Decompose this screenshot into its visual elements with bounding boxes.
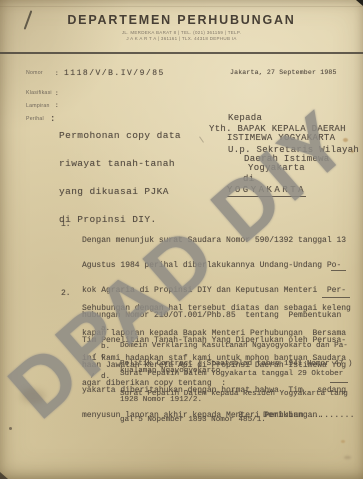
- klasifikasi-label: Klasifikasi: [26, 90, 52, 96]
- nomor-value: 1118/V/B.IV/9/85: [64, 69, 165, 78]
- smudge-stain: [20, 388, 46, 404]
- recipient-kepada: Kepada: [228, 113, 262, 123]
- ink-speck: [9, 427, 12, 430]
- typed-underline: [331, 270, 346, 271]
- place-date: Jakarta, 27 September 1985: [230, 69, 337, 76]
- item-number-1: 1.: [61, 220, 71, 229]
- paper-crease: [0, 6, 363, 7]
- pencil-tick-mark: [199, 136, 204, 142]
- letterhead-divider: [0, 52, 363, 54]
- scanned-letter-page: DEPARTEMEN PERHUBUNGAN JL. MERDEKA BARAT…: [0, 0, 363, 479]
- item-number-3: 3.: [238, 411, 248, 420]
- lampiran-colon: :: [55, 102, 59, 109]
- perihal-line: riwayat tanah-tanah: [59, 159, 181, 168]
- rust-stain: [351, 150, 354, 153]
- perihal-line: yang dikuasai PJKA: [59, 187, 181, 196]
- sub-item-d-line: Surat Pepatih Dalem kepada Residen Yogya…: [120, 390, 348, 399]
- scan-corner-artifact: [356, 0, 363, 6]
- perihal-colon: :: [50, 114, 55, 124]
- letterhead-title: DEPARTEMEN PERHUBUNGAN: [0, 13, 363, 27]
- nomor-colon: :: [55, 70, 59, 77]
- sub-item-d-text: Surat Pepatih Dalem kepada Residen Yogya…: [120, 373, 348, 442]
- closing-text: Demikian .........: [263, 411, 355, 420]
- perihal-label: Perihal: [26, 116, 44, 122]
- rust-stain: [343, 138, 348, 142]
- typed-underline: [322, 297, 350, 298]
- smudge-stain: [344, 456, 351, 459]
- typed-underline: [330, 382, 348, 383]
- rust-stain: [341, 440, 345, 443]
- perihal-line: Permohonan copy data: [59, 131, 181, 140]
- letterhead-address: JL. MERDEKA BARAT 8 | TEL. (021) 361159 …: [0, 30, 363, 42]
- scan-corner-artifact: [0, 472, 8, 479]
- letterhead-address-line2: J A K A R T A | 361161 | TLX. 44318 DEPH…: [0, 36, 363, 42]
- nomor-label: Nomor: [26, 70, 43, 76]
- klasifikasi-colon: :: [55, 90, 59, 97]
- item-number-2: 2.: [61, 289, 71, 298]
- lampiran-label: Lampiran: [26, 103, 50, 109]
